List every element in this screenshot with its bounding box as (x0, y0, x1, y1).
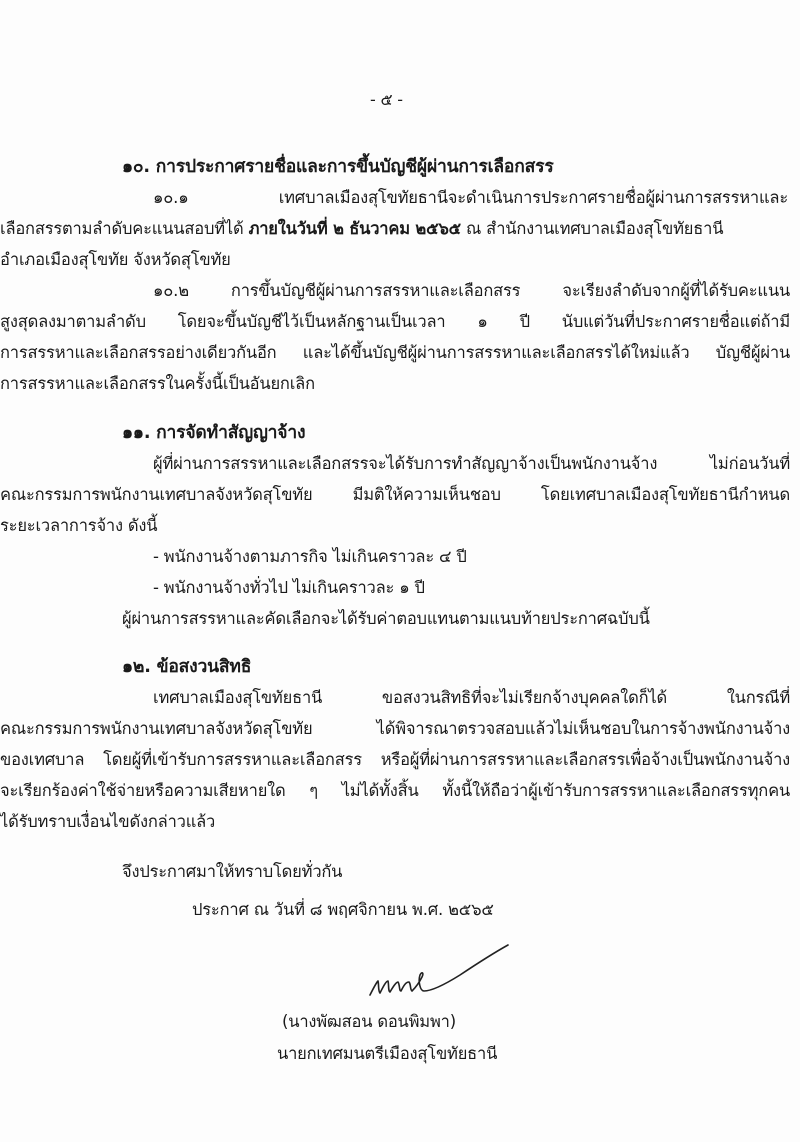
section-12-line-2: คณะกรรมการพนักงานเทศบาลจังหวัดสุโขทัย ได… (0, 717, 790, 741)
section-11-bullet-2: - พนักงานจ้างทั่วไป ไม่เกินคราวละ ๑ ปี (153, 576, 425, 600)
section-11-line-1: ผู้ที่ผ่านการสรรหาและเลือกสรรจะได้รับการ… (153, 452, 790, 476)
signatory-name: (นางพัฒสอน ดอนพิมพา) (282, 1010, 456, 1034)
section-10-1-line-1: ๑๐.๑ เทศบาลเมืองสุโขทัยธานีจะดำเนินการปร… (153, 186, 788, 210)
section-10-1-line-3: อำเภอเมืองสุโขทัย จังหวัดสุโขทัย (0, 248, 231, 272)
section-11-heading: ๑๑. การจัดทำสัญญาจ้าง (122, 421, 305, 445)
announcement-date: ประกาศ ณ วันที่ ๘ พฤศจิกายน พ.ศ. ๒๕๖๕ (192, 898, 494, 922)
section-12-heading: ๑๒. ข้อสงวนสิทธิ (122, 655, 251, 679)
section-10-1-deadline: ภายในวันที่ ๒ ธันวาคม ๒๕๖๕ (249, 219, 461, 238)
section-10-1-line-2-post: ณ สำนักงานเทศบาลเมืองสุโขทัยธานี (461, 219, 723, 238)
signature-icon (360, 925, 510, 1005)
section-12-line-4: จะเรียกร้องค่าใช้จ่ายหรือความเสียหายใด ๆ… (0, 779, 790, 803)
section-11-line-4: ผู้ผ่านการสรรหาและคัดเลือกจะได้รับค่าตอบ… (122, 607, 650, 631)
section-10-2-line-2: สูงสุดลงมาตามลำดับ โดยจะขึ้นบัญชีไว้เป็น… (0, 310, 790, 334)
section-11-line-3: ระยะเวลาการจ้าง ดังนี้ (0, 514, 157, 538)
page-number: - ๕ - (370, 88, 403, 112)
section-12-line-3: ของเทศบาล โดยผู้ที่เข้ารับการสรรหาและเลื… (0, 748, 790, 772)
section-11-line-2: คณะกรรมการพนักงานเทศบาลจังหวัดสุโขทัย มี… (0, 483, 790, 507)
section-10-1-line-2: เลือกสรรตามลำดับคะแนนสอบที่ได้ ภายในวันท… (0, 217, 790, 241)
signatory-title: นายกเทศมนตรีเมืองสุโขทัยธานี (277, 1042, 497, 1066)
section-10-2-line-4: การสรรหาและเลือกสรรในครั้งนี้เป็นอันยกเล… (0, 372, 315, 396)
section-12-line-5: ได้รับทราบเงื่อนไขดังกล่าวแล้ว (0, 810, 215, 834)
document-page: - ๕ - ๑๐. การประกาศรายชื่อและการขึ้นบัญช… (0, 0, 800, 1142)
section-11-bullet-1: - พนักงานจ้างตามภารกิจ ไม่เกินคราวละ ๔ ป… (153, 545, 467, 569)
section-10-2-line-1: ๑๐.๒ การขึ้นบัญชีผู้ผ่านการสรรหาและเลือก… (153, 279, 790, 303)
section-10-heading: ๑๐. การประกาศรายชื่อและการขึ้นบัญชีผู้ผ่… (122, 155, 554, 179)
section-12-line-1: เทศบาลเมืองสุโขทัยธานี ขอสงวนสิทธิที่จะไ… (153, 686, 790, 710)
section-10-1-line-2-pre: เลือกสรรตามลำดับคะแนนสอบที่ได้ (0, 219, 249, 238)
closing-announcement: จึงประกาศมาให้ทราบโดยทั่วกัน (122, 860, 342, 884)
section-10-2-line-3: การสรรหาและเลือกสรรอย่างเดียวกันอีก และไ… (0, 341, 790, 365)
